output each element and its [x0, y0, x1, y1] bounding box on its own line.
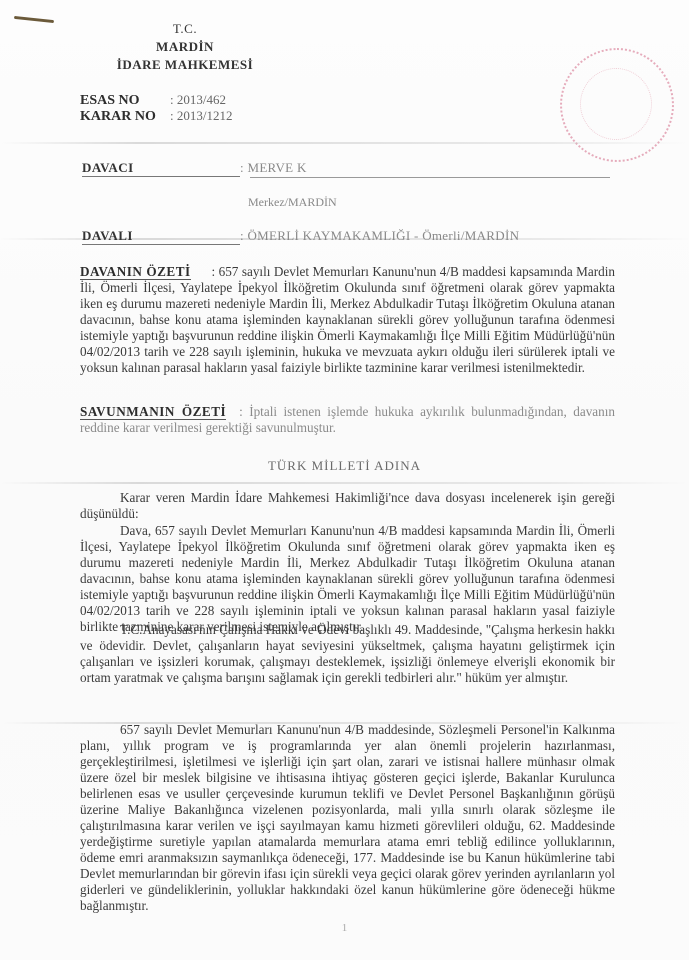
esas-no-value: : 2013/462: [170, 92, 226, 107]
karar-no-label: KARAR NO: [80, 109, 170, 125]
defendant-value: : ÖMERLİ KAYMAKAMLIĞI - Ömerli/MARDİN: [240, 228, 519, 243]
defendant-label: DAVALI: [82, 228, 240, 245]
case-summary-text: : 657 sayılı Devlet Memurları Kanunu'nun…: [80, 264, 615, 375]
plaintiff-value: : MERVE K: [240, 160, 307, 175]
karar-no-value: : 2013/1212: [170, 108, 232, 123]
header-city: MARDİN: [120, 38, 250, 56]
plaintiff-label: DAVACI: [82, 160, 240, 177]
body-paragraph: 657 sayılı Devlet Memurları Kanunu'nun 4…: [80, 722, 615, 914]
document-page: T.C. MARDİN İDARE MAHKEMESİ ESAS NO: 201…: [0, 0, 689, 960]
defense-summary: SAVUNMANIN ÖZETİ : İptali istenen işlemd…: [80, 404, 615, 436]
body-paragraph: Karar veren Mardin İdare Mahkemesi Hakim…: [80, 490, 615, 522]
karar-no: KARAR NO: 2013/1212: [80, 108, 232, 125]
plaintiff-address: Merkez/MARDİN: [248, 195, 337, 210]
document-title: TÜRK MİLLETİ ADINA: [0, 458, 689, 474]
esas-no-label: ESAS NO: [80, 93, 170, 109]
defendant-row: DAVALI: ÖMERLİ KAYMAKAMLIĞI - Ömerli/MAR…: [82, 228, 519, 245]
court-stamp: [560, 48, 674, 162]
esas-no: ESAS NO: 2013/462: [80, 92, 226, 109]
body-paragraph: T.C.Anayasası'nın Çalışma Hakkı ve Ödevi…: [80, 622, 615, 686]
header-tc: T.C.: [120, 20, 250, 38]
case-summary-label: DAVANIN ÖZETİ: [80, 264, 191, 280]
plaintiff-underline: [250, 177, 610, 178]
header-court: İDARE MAHKEMESİ: [100, 56, 270, 74]
plaintiff-row: DAVACI: MERVE K: [82, 160, 307, 177]
body-paragraph: Dava, 657 sayılı Devlet Memurları Kanunu…: [80, 523, 615, 635]
pen-mark: [14, 16, 54, 23]
paper-fold-line: [0, 142, 689, 144]
court-stamp-inner: [580, 68, 652, 140]
paper-fold-line: [0, 482, 689, 484]
case-summary: DAVANIN ÖZETİ : 657 sayılı Devlet Memurl…: [80, 264, 615, 376]
page-number: 1: [0, 922, 689, 934]
court-header: T.C. MARDİN İDARE MAHKEMESİ: [120, 20, 250, 74]
defense-summary-label: SAVUNMANIN ÖZETİ: [80, 404, 226, 420]
